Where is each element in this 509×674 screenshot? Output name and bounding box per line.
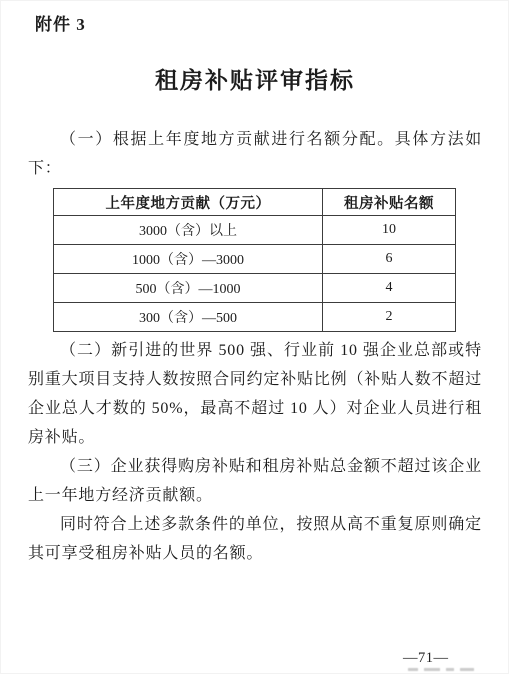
paragraph-top-enterprise-rule: （二）新引进的世界 500 强、行业前 10 强企业总部或特别重大项目支持人数按… bbox=[28, 336, 482, 452]
column-header-quota: 租房补贴名额 bbox=[323, 189, 456, 216]
paragraph-total-amount-rule: （三）企业获得购房补贴和租房补贴总金额不超过该企业上一年地方经济贡献额。 bbox=[28, 452, 482, 510]
attachment-label: 附件 3 bbox=[35, 10, 482, 35]
column-header-contribution: 上年度地方贡献（万元） bbox=[54, 189, 323, 216]
page-number: —71— bbox=[403, 650, 449, 667]
table-row: 300（含）—500 2 bbox=[54, 303, 456, 332]
paragraph-quota-allocation: （一）根据上年度地方贡献进行名额分配。具体方法如下： bbox=[28, 125, 482, 183]
contribution-range-cell: 500（含）—1000 bbox=[54, 274, 323, 303]
document-title: 租房补贴评审指标 bbox=[28, 62, 482, 95]
table-row: 500（含）—1000 4 bbox=[54, 274, 456, 303]
quota-value-cell: 10 bbox=[323, 216, 456, 245]
quota-value-cell: 2 bbox=[323, 303, 456, 332]
paragraph-closing-rule: 同时符合上述多款条件的单位，按照从高不重复原则确定其可享受租房补贴人员的名额。 bbox=[28, 510, 482, 568]
subsidy-quota-table: 上年度地方贡献（万元） 租房补贴名额 3000（含）以上 10 1000（含）—… bbox=[53, 188, 456, 332]
table-row: 3000（含）以上 10 bbox=[54, 216, 456, 245]
document-page: 附件 3 租房补贴评审指标 （一）根据上年度地方贡献进行名额分配。具体方法如下：… bbox=[0, 0, 509, 674]
table-row: 1000（含）—3000 6 bbox=[54, 245, 456, 274]
contribution-range-cell: 3000（含）以上 bbox=[54, 216, 323, 245]
contribution-range-cell: 300（含）—500 bbox=[54, 303, 323, 332]
table-header-row: 上年度地方贡献（万元） 租房补贴名额 bbox=[54, 189, 456, 216]
quota-value-cell: 6 bbox=[323, 245, 456, 274]
quota-value-cell: 4 bbox=[323, 274, 456, 303]
scan-artifact bbox=[408, 668, 488, 674]
contribution-range-cell: 1000（含）—3000 bbox=[54, 245, 323, 274]
